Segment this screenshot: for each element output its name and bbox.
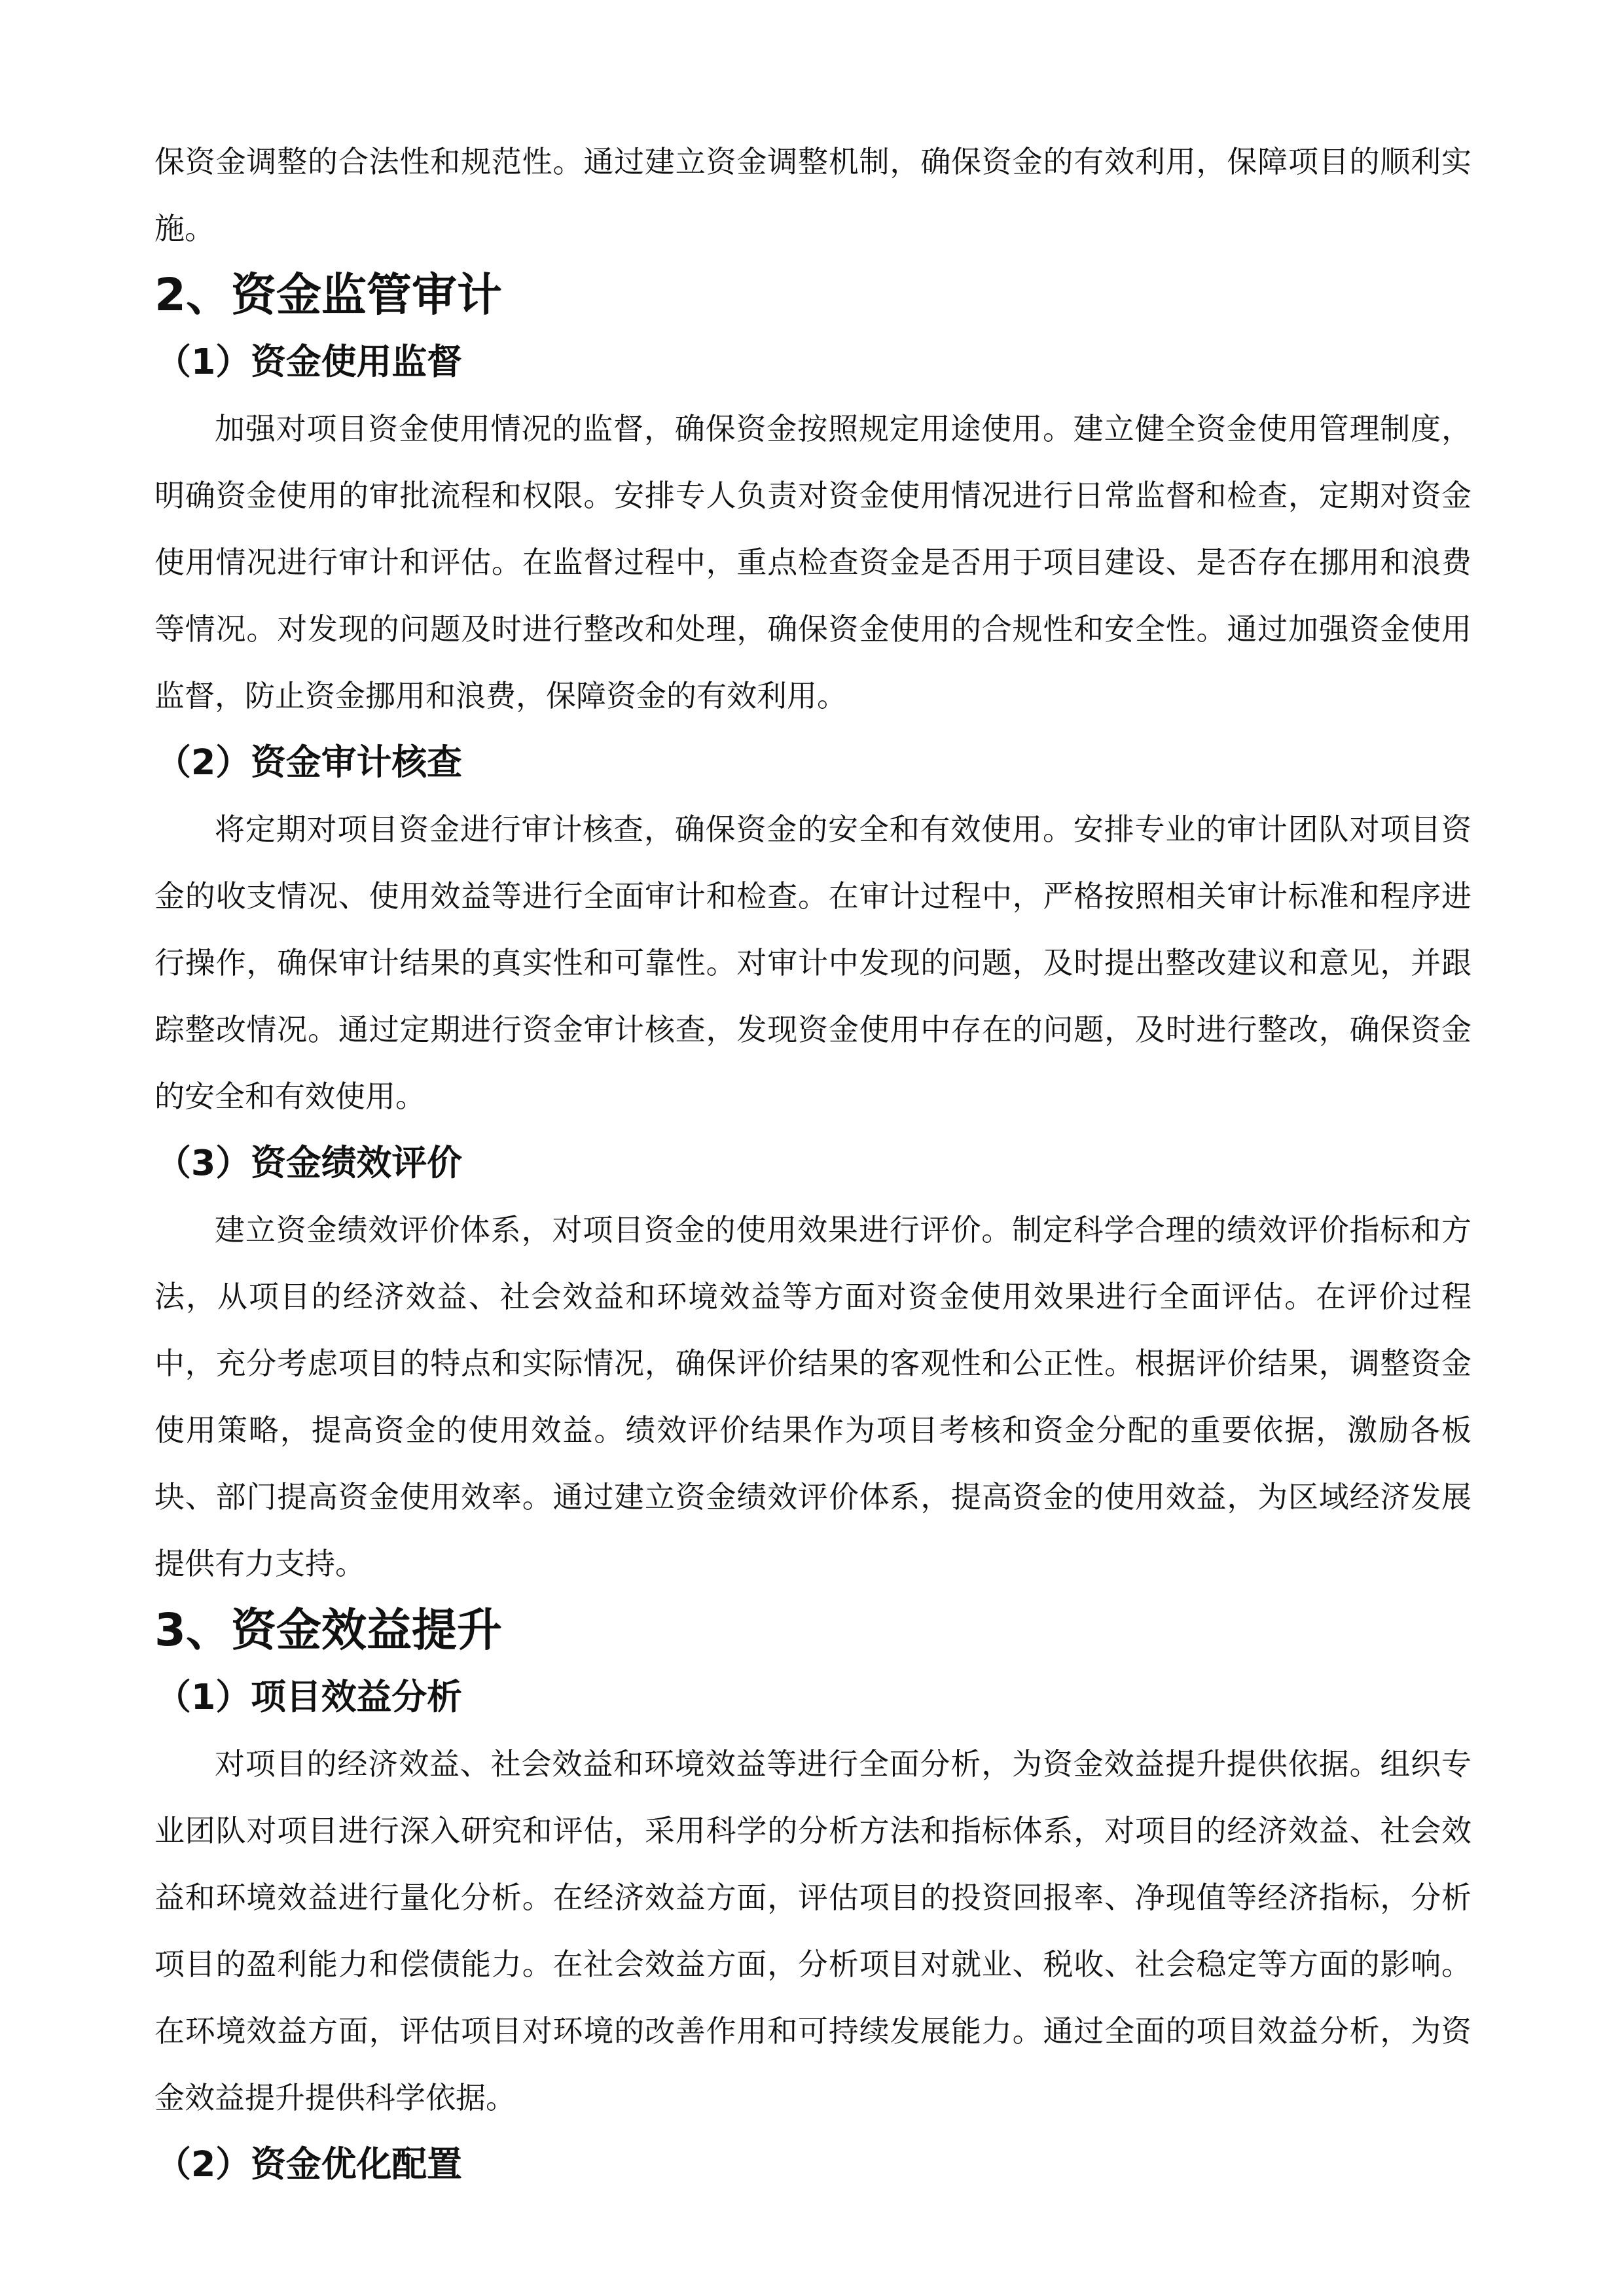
subsection-heading-fund-use-supervision: （1）资金使用监督 (154, 329, 1471, 395)
subsection-heading-project-benefit-analysis: （1）项目效益分析 (154, 1664, 1471, 1731)
paragraph-fund-performance-evaluation: 建立资金绩效评价体系，对项目资金的使用效果进行评价。制定科学合理的绩效评价指标和… (154, 1196, 1471, 1597)
subsection-heading-fund-audit-check: （2）资金审计核查 (154, 729, 1471, 796)
subsection-heading-fund-optimal-allocation: （2）资金优化配置 (154, 2131, 1471, 2198)
document-page: 保资金调整的合法性和规范性。通过建立资金调整机制，确保资金的有效利用，保障项目的… (154, 128, 1471, 2198)
paragraph-project-benefit-analysis: 对项目的经济效益、社会效益和环境效益等进行全面分析，为资金效益提升提供依据。组织… (154, 1731, 1471, 2131)
subsection-heading-fund-performance-evaluation: （3）资金绩效评价 (154, 1130, 1471, 1196)
paragraph-fund-use-supervision: 加强对项目资金使用情况的监督，确保资金按照规定用途使用。建立健全资金使用管理制度… (154, 395, 1471, 729)
intro-paragraph: 保资金调整的合法性和规范性。通过建立资金调整机制，确保资金的有效利用，保障项目的… (154, 128, 1471, 262)
section-heading-fund-supervision-audit: 2、资金监管审计 (154, 262, 1471, 329)
section-heading-fund-benefit-improvement: 3、资金效益提升 (154, 1597, 1471, 1664)
paragraph-fund-audit-check: 将定期对项目资金进行审计核查，确保资金的安全和有效使用。安排专业的审计团队对项目… (154, 796, 1471, 1130)
